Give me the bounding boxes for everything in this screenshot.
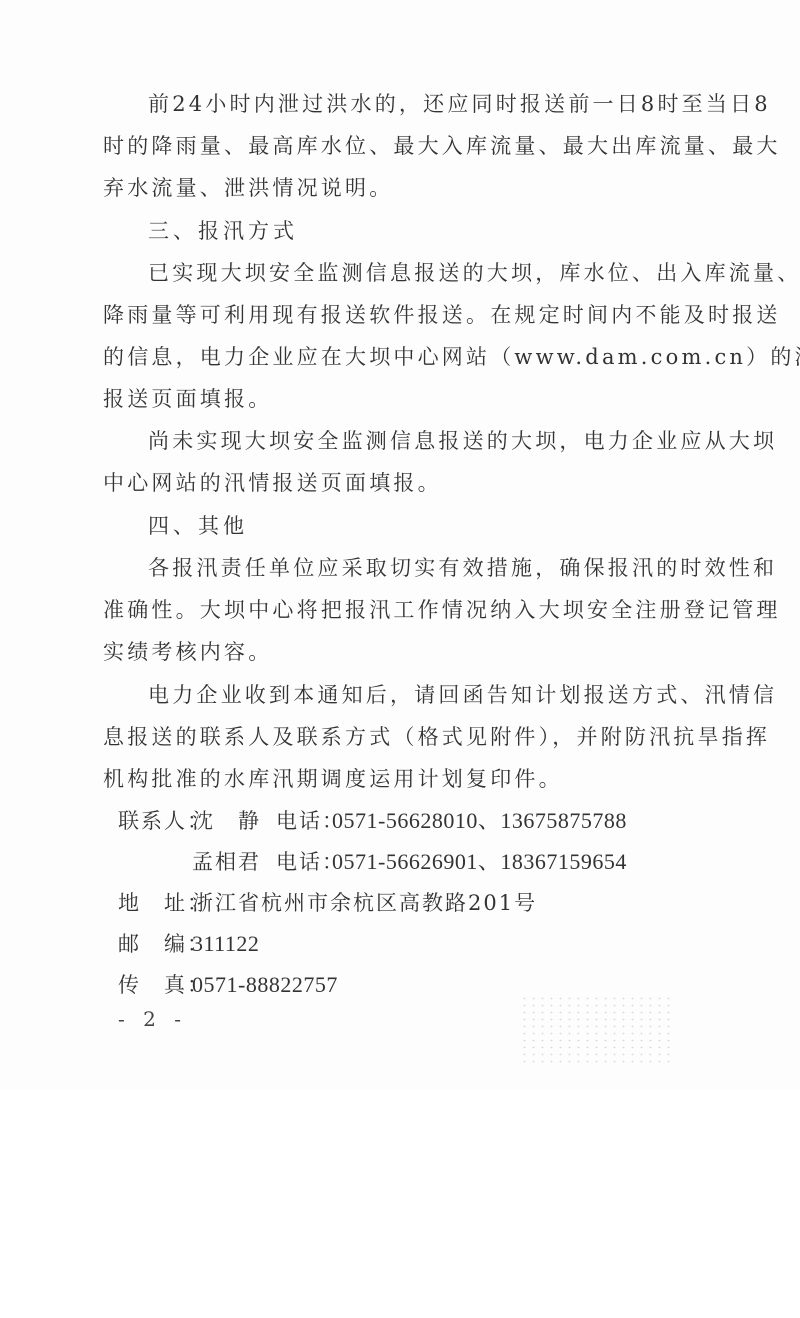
- responsibility-line-1: 各报汛责任单位应采取切实有效措施，确保报汛的时效性和: [148, 554, 777, 582]
- not-implemented-line-1: 尚未实现大坝安全监测信息报送的大坝，电力企业应从大坝: [148, 427, 777, 455]
- implemented-line-1: 已实现大坝安全监测信息报送的大坝，库水位、出入库流量、: [148, 259, 800, 287]
- reply-line-1: 电力企业收到本通知后，请回函告知计划报送方式、汛情信: [148, 681, 777, 709]
- contact-name-2: 孟相君: [192, 848, 261, 876]
- flood-release-line-3: 弃水流量、泄洪情况说明。: [103, 174, 393, 202]
- contact-phone-2: 0571-56626901、18367159654: [332, 848, 627, 876]
- section-3-heading: 三、报汛方式: [148, 217, 298, 245]
- flood-release-line-2: 时的降雨量、最高库水位、最大入库流量、最大出库流量、最大: [103, 132, 781, 160]
- responsibility-line-2: 准确性。大坝中心将把报汛工作情况纳入大坝安全注册登记管理: [103, 596, 781, 624]
- implemented-line-3: 的信息，电力企业应在大坝中心网站（www.dam.com.cn）的汛情: [103, 343, 800, 371]
- reply-line-2: 息报送的联系人及联系方式（格式见附件），并附防汛抗旱指挥: [103, 723, 770, 751]
- contact-name-1: 沈 静: [192, 807, 261, 835]
- reply-line-3: 机构批准的水库汛期调度运用计划复印件。: [103, 765, 563, 793]
- responsibility-line-3: 实绩考核内容。: [103, 638, 272, 666]
- faint-stamp-mark: [520, 995, 670, 1065]
- address-value: 浙江省杭州市余杭区高教路201号: [192, 889, 537, 917]
- section-4-heading: 四、其他: [148, 512, 248, 540]
- postcode-value: 311122: [192, 930, 259, 958]
- implemented-line-4: 报送页面填报。: [103, 385, 272, 413]
- flood-release-line-1: 前24小时内泄过洪水的，还应同时报送前一日8时至当日8: [148, 90, 771, 118]
- page-number: - 2 -: [118, 1007, 187, 1031]
- implemented-line-2: 降雨量等可利用现有报送软件报送。在规定时间内不能及时报送: [103, 301, 781, 329]
- fax-value: 0571-88822757: [192, 971, 338, 999]
- contact-phone-1: 0571-56628010、13675875788: [332, 807, 627, 835]
- document-page: 前24小时内泄过洪水的，还应同时报送前一日8时至当日8 时的降雨量、最高库水位、…: [0, 0, 800, 1090]
- not-implemented-line-2: 中心网站的汛情报送页面填报。: [103, 469, 442, 497]
